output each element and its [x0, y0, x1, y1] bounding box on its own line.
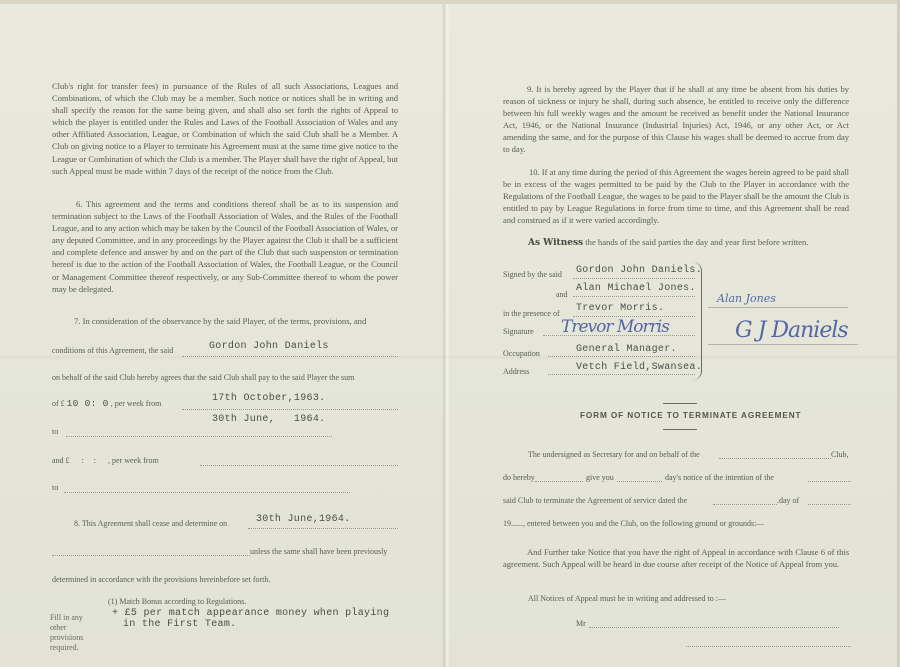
clause-8-blank-line [52, 555, 250, 556]
behalf-line: on behalf of the said Club hereby agrees… [52, 373, 354, 382]
presence-field: Trevor Morris. [576, 303, 664, 314]
to-date-line [66, 436, 332, 437]
and-row: and £ : : , per week from [52, 456, 159, 465]
clause-8-date-line [248, 528, 398, 529]
and-sep: : : [82, 456, 96, 465]
to-label-2: to [52, 483, 58, 492]
signing-bracket [693, 262, 702, 380]
right-page: 9. It is hereby agreed by the Player tha… [503, 0, 851, 667]
conditions-label: conditions of this Agreement, the said [52, 346, 173, 355]
title-rule-bottom [663, 429, 697, 430]
to-label: to [52, 427, 58, 436]
occupation-field: General Manager. [576, 344, 677, 355]
player-name-field: Gordon John Daniels [209, 341, 329, 352]
per-week-from-2: , per week from [108, 456, 159, 465]
sum-row: of £ 10 0: 0 , per week from [52, 398, 161, 409]
clause-5-continuation: Club's right for transfer fees) in pursu… [52, 80, 398, 177]
clause-8-text: 8. This Agreement shall cease and determ… [74, 519, 227, 528]
notice-line-2a: do hereby [503, 473, 535, 482]
from-date-field: 17th October,1963. [212, 393, 325, 404]
notice-line-1b: Club, [831, 450, 849, 459]
match-bonus: (1) Match Bonus according to Regulations… [108, 597, 246, 606]
witness-signature: Trevor Morris [561, 317, 669, 337]
signed-by-label: Signed by the said [503, 270, 562, 279]
address-line-2 [686, 646, 851, 647]
typed-provision-2: in the First Team. [123, 619, 236, 630]
notice-line-4: 19......, entered between you and the Cl… [503, 519, 764, 528]
and-from-line [200, 465, 398, 466]
to-line-2 [64, 492, 350, 493]
clause-6: 6. This agreement and the terms and cond… [52, 198, 398, 295]
sum-value-field: 10 0: 0 [67, 398, 109, 409]
and-line [573, 296, 695, 297]
notice-line-2-end [808, 481, 851, 482]
hereby-line [535, 481, 583, 482]
document-sheet: Club's right for transfer fees) in pursu… [0, 0, 900, 667]
notice-line-2b: give you [586, 473, 614, 482]
notice-form-title: FORM OF NOTICE TO TERMINATE AGREEMENT [580, 411, 801, 420]
from-date-line [182, 409, 398, 410]
further-notice: And Further take Notice that you have th… [503, 546, 849, 570]
witness-line: As Witness the hands of the said parties… [528, 237, 808, 248]
typed-provision-1: + £5 per match appearance money when pla… [112, 608, 389, 619]
occupation-line [548, 356, 695, 357]
left-page: Club's right for transfer fees) in pursu… [52, 0, 398, 667]
signature-daniels: G J Daniels [735, 318, 848, 343]
signature-2-line [708, 344, 858, 345]
side-note: Fill in any other provisions required. [50, 613, 83, 653]
occupation-label: Occupation [503, 349, 540, 358]
club-name-line [719, 458, 831, 459]
side-note-line: provisions [50, 633, 83, 643]
notice-line-3a: said Club to terminate the Agreement of … [503, 496, 687, 505]
clause-8-determined: determined in accordance with the provis… [52, 575, 270, 584]
day-of-line [808, 504, 851, 505]
signature-line [543, 335, 695, 336]
notice-line-2c: day's notice of the intention of the [665, 473, 774, 482]
clause-9: 9. It is hereby agreed by the Player tha… [503, 83, 849, 156]
sum-prefix: of £ [52, 399, 65, 408]
signature-1-line [708, 307, 848, 308]
to-date-field: 30th June, 1964. [212, 414, 325, 425]
clause-7-intro: 7. In consideration of the observance by… [74, 316, 366, 326]
witness-bold: As Witness [528, 238, 583, 248]
signature-alan-jones: Alan Jones [717, 292, 776, 305]
appeal-address: All Notices of Appeal must be in writing… [528, 594, 726, 603]
mr-label: Mr [576, 619, 586, 628]
days-line [617, 481, 662, 482]
side-note-line: required. [50, 643, 83, 653]
address-field: Vetch Field,Swansea. [576, 362, 702, 373]
side-note-line: Fill in any [50, 613, 83, 623]
and-label: and [556, 290, 568, 299]
clause-10: 10. If at any time during the period of … [503, 166, 849, 226]
signed-by-field: Gordon John Daniels. [576, 265, 702, 276]
notice-line-3b: .day of [777, 496, 799, 505]
notice-line-1a: The undersigned as Secretary for and on … [528, 450, 700, 459]
mr-line [589, 627, 839, 628]
title-rule-top [663, 403, 697, 404]
and-label: and £ [52, 456, 70, 465]
side-note-line: other [50, 623, 83, 633]
signature-label: Signature [503, 327, 534, 336]
signed-by-line [573, 278, 695, 279]
player-name-line [182, 356, 398, 357]
address-line [548, 374, 695, 375]
clause-8-unless: unless the same shall have been previous… [250, 547, 387, 556]
per-week-from: , per week from [111, 399, 162, 408]
presence-label: in the presence of [503, 309, 560, 318]
and-field: Alan Michael Jones. [576, 283, 696, 294]
dated-line [713, 504, 777, 505]
address-label: Address [503, 367, 529, 376]
witness-rest: the hands of the said parties the day an… [585, 237, 808, 247]
clause-8-date-field: 30th June,1964. [256, 514, 351, 525]
